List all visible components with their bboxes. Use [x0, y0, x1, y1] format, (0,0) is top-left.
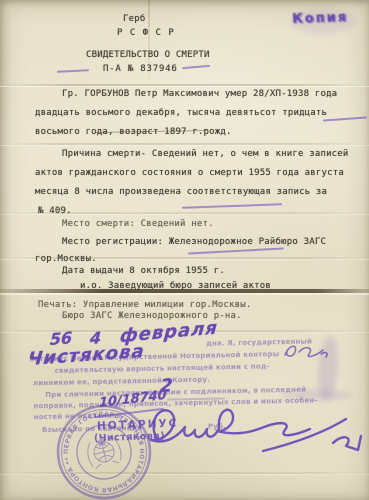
- body-line: Дата выдачи 8 октября 1955 г.: [62, 266, 225, 276]
- copy-stamp: Копия: [292, 10, 348, 27]
- body-line: № 409.: [38, 206, 72, 216]
- body-line: двадцать восьмого декабря, тысяча девять…: [35, 108, 327, 118]
- handwritten-scribble: [281, 340, 331, 364]
- body-line: гор.Москвы.: [35, 254, 97, 264]
- body-line: и.о. Заведующий бюро записей актов: [80, 281, 271, 291]
- body-line: Гр. ГОРБУНОВ Петр Максимович умер 28/ХП-…: [62, 89, 337, 99]
- ink-mark: [182, 203, 282, 208]
- body-line: месяца 8 числа произведена соответствующ…: [35, 187, 327, 197]
- death-certificate-scan: Копия Герб Р С Ф С Р СВИДЕТЕЛЬСТВО О СМЕ…: [0, 0, 369, 500]
- body-line: Печать: Управление милиции гор.Москвы.: [38, 300, 252, 310]
- seal-emblem: [84, 433, 123, 470]
- stamp-line: линником ее, представленной в Контору.: [33, 376, 210, 388]
- ink-mark: [182, 65, 210, 69]
- ink-mark: [188, 247, 284, 254]
- document-title: СВИДЕТЕЛЬСТВО О СМЕРТИ: [86, 50, 210, 60]
- paper-crease-vertical: [148, 0, 150, 88]
- paper-crease: [0, 84, 369, 86]
- body-line: Причина смерти- Сведений нет, о чем в кн…: [62, 149, 349, 159]
- republic-name: Р С Ф С Р: [117, 28, 175, 38]
- body-line: актов гражданского состояния о смерти 19…: [35, 168, 344, 178]
- paper-crease: [0, 143, 369, 145]
- coat-of-arms-label: Герб: [123, 14, 145, 24]
- body-line: Место регистрации: Железнодорожное Райбю…: [62, 237, 326, 247]
- ink-mark: [57, 69, 89, 73]
- ink-mark: [323, 116, 367, 121]
- notary-signature: [128, 396, 363, 468]
- certificate-number: П-А № 837946: [103, 64, 178, 74]
- body-line: Место смерти: Сведений нет.: [62, 219, 214, 229]
